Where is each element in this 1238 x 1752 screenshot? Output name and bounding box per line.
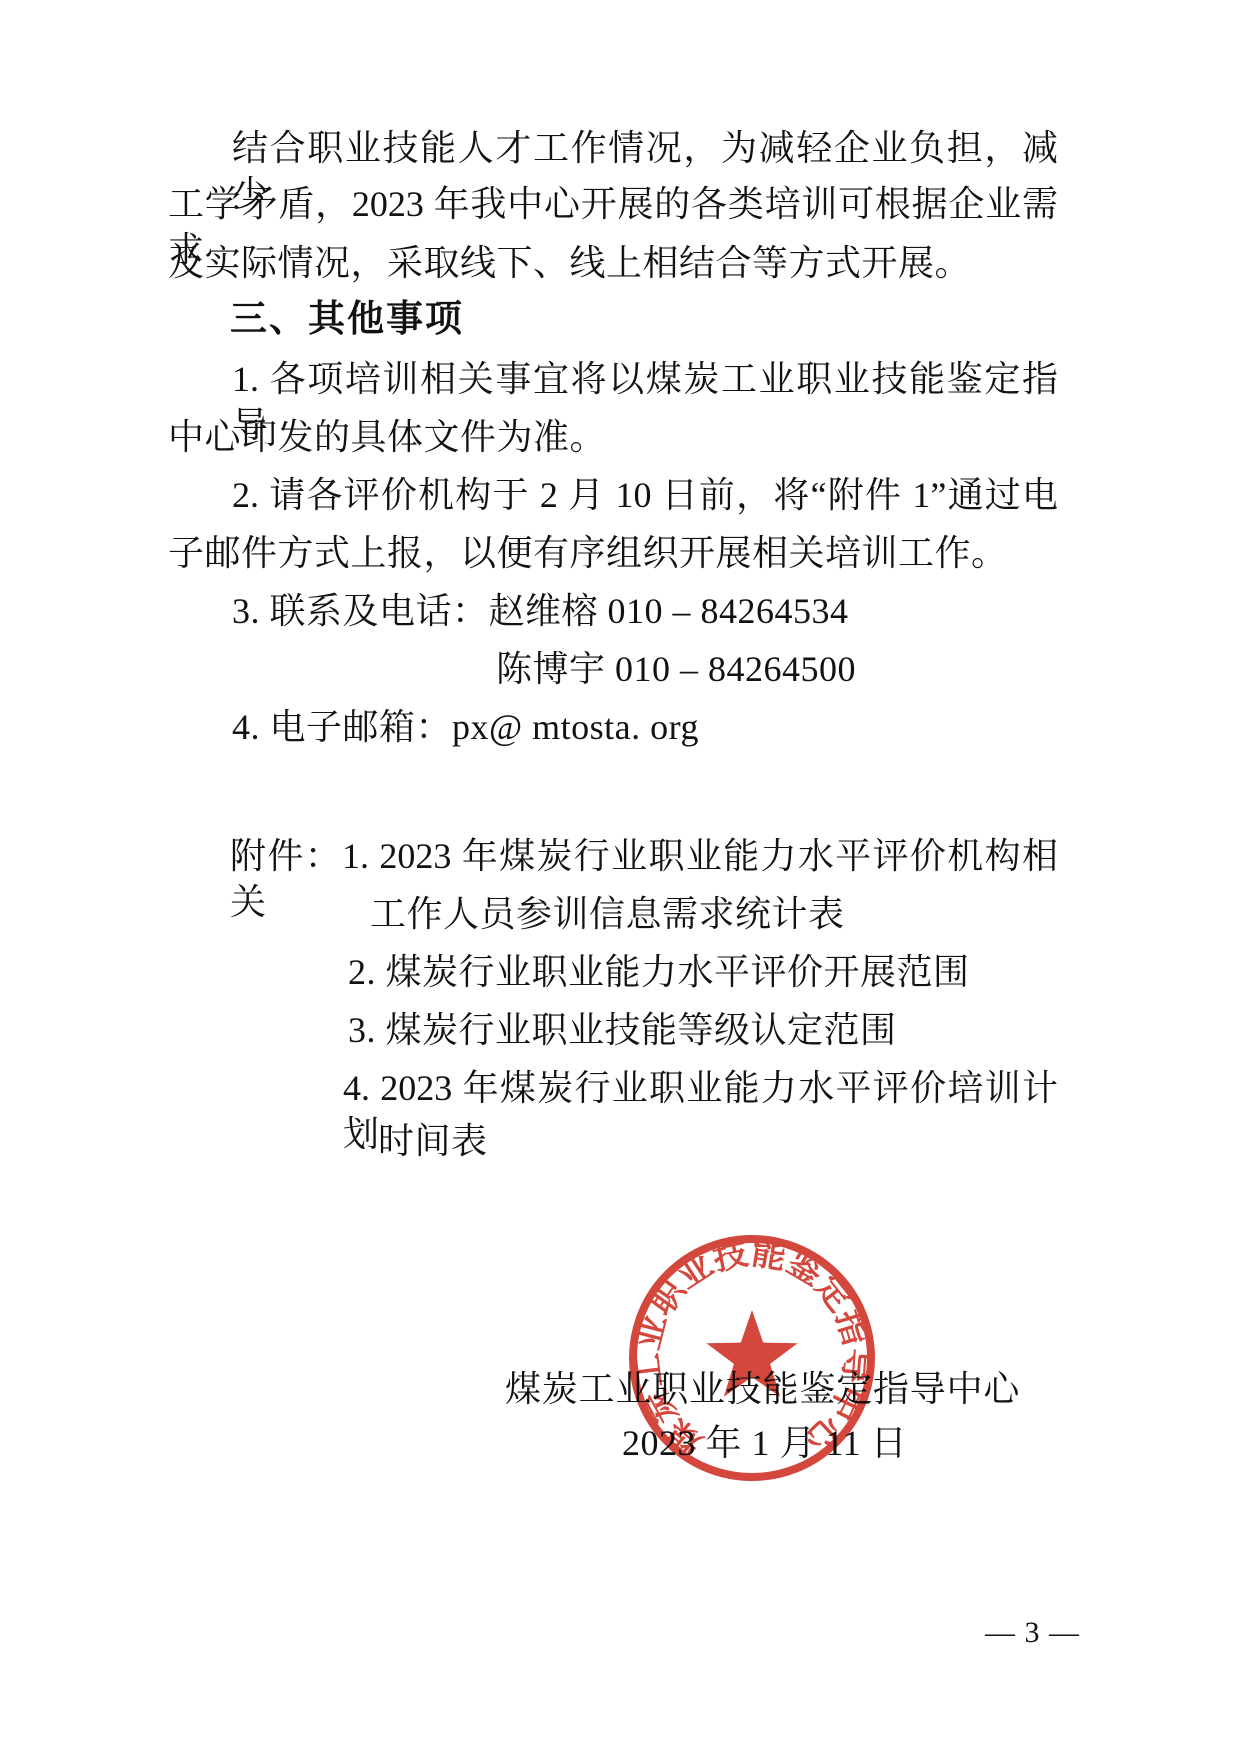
contact-phone-line-2: 陈博宇 010 – 84264500	[496, 646, 856, 692]
paragraph-line: 及实际情况，采取线下、线上相结合等方式开展。	[168, 240, 971, 286]
list-item-1-continued: 中心印发的具体文件为准。	[168, 414, 606, 460]
attachment-item-3: 3. 煤炭行业职业技能等级认定范围	[348, 1007, 897, 1053]
attachment-item-4-continued: 时间表	[378, 1118, 488, 1164]
attachment-item-2: 2. 煤炭行业职业能力水平评价开展范围	[348, 949, 970, 995]
issuing-authority-signature: 煤炭工业职业技能鉴定指导中心	[505, 1366, 1020, 1412]
contact-phone-line-1: 3. 联系及电话：赵维榕 010 – 84264534	[232, 588, 849, 634]
section-heading: 三、其他事项	[230, 296, 464, 342]
contact-email-line: 4. 电子邮箱：px@ mtosta. org	[232, 704, 699, 750]
attachment-item-1-continued: 工作人员参训信息需求统计表	[370, 891, 845, 937]
issue-date: 2023 年 1 月 11 日	[622, 1420, 907, 1466]
page-number: — 3 —	[985, 1616, 1080, 1650]
list-item-2: 2. 请各评价机构于 2 月 10 日前，将“附件 1”通过电	[232, 472, 1058, 518]
list-item-2-continued: 子邮件方式上报，以便有序组织开展相关培训工作。	[168, 530, 1008, 576]
document-page: 结合职业技能人才工作情况，为减轻企业负担，减少 工学矛盾，2023 年我中心开展…	[0, 0, 1238, 1752]
